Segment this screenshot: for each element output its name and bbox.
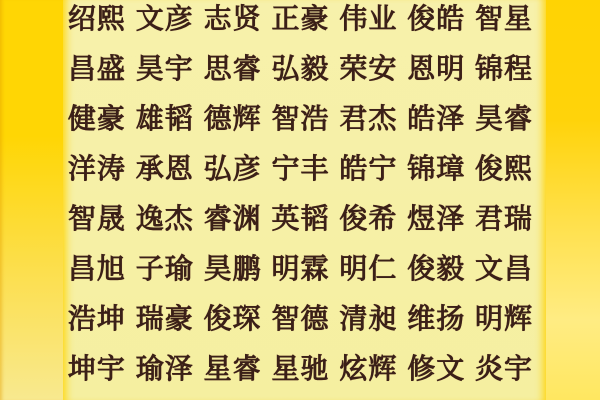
- right-gold-border: [546, 0, 600, 400]
- name-item: 智晟: [63, 192, 131, 242]
- name-item: 坤宇: [63, 342, 131, 392]
- name-item: 文彦: [131, 0, 199, 42]
- name-item: 修文: [402, 342, 470, 392]
- names-panel: 绍熙文彦志贤正豪伟业俊皓智星昌盛昊宇思睿弘毅荣安恩明锦程健豪雄韬德辉智浩君杰皓泽…: [63, 0, 546, 400]
- name-item: 昌盛: [63, 42, 131, 92]
- name-item: 正豪: [267, 0, 335, 42]
- name-item: 昌旭: [63, 242, 131, 292]
- name-item: 明霖: [267, 242, 335, 292]
- name-item: 绍熙: [63, 0, 131, 42]
- name-item: 荣安: [334, 42, 402, 92]
- name-item: 文昌: [470, 242, 538, 292]
- name-item: 俊熙: [470, 142, 538, 192]
- name-item: 承恩: [131, 142, 199, 192]
- name-item: 睿渊: [199, 192, 267, 242]
- name-item: 弘毅: [267, 42, 335, 92]
- name-item: 星睿: [199, 342, 267, 392]
- name-item: 昊鹏: [199, 242, 267, 292]
- name-item: 弘彦: [199, 142, 267, 192]
- name-item: 维扬: [402, 292, 470, 342]
- name-item: 昊宇: [131, 42, 199, 92]
- name-item: 俊毅: [402, 242, 470, 292]
- name-item: 煜泽: [402, 192, 470, 242]
- name-item: 志贤: [199, 0, 267, 42]
- name-item: 英韬: [267, 192, 335, 242]
- name-item: 浩坤: [63, 292, 131, 342]
- name-item: 清昶: [334, 292, 402, 342]
- name-item: 俊琛: [199, 292, 267, 342]
- name-item: 伟业: [334, 0, 402, 42]
- name-item: 俊皓: [402, 0, 470, 42]
- name-item: 明仁: [334, 242, 402, 292]
- name-item: 洋涛: [63, 142, 131, 192]
- name-item: 德辉: [199, 92, 267, 142]
- names-card: 绍熙文彦志贤正豪伟业俊皓智星昌盛昊宇思睿弘毅荣安恩明锦程健豪雄韬德辉智浩君杰皓泽…: [0, 0, 600, 400]
- name-item: 思睿: [199, 42, 267, 92]
- name-item: 瑞豪: [131, 292, 199, 342]
- left-gold-border: [0, 0, 63, 400]
- name-item: 皓泽: [402, 92, 470, 142]
- name-item: 君瑞: [470, 192, 538, 242]
- name-item: 智星: [470, 0, 538, 42]
- name-item: 智浩: [267, 92, 335, 142]
- name-item: 子瑜: [131, 242, 199, 292]
- names-grid: 绍熙文彦志贤正豪伟业俊皓智星昌盛昊宇思睿弘毅荣安恩明锦程健豪雄韬德辉智浩君杰皓泽…: [63, 0, 538, 392]
- name-item: 智德: [267, 292, 335, 342]
- name-item: 昊睿: [470, 92, 538, 142]
- name-item: 雄韬: [131, 92, 199, 142]
- name-item: 锦璋: [402, 142, 470, 192]
- name-item: 星驰: [267, 342, 335, 392]
- name-item: 炫辉: [334, 342, 402, 392]
- name-item: 俊希: [334, 192, 402, 242]
- name-item: 恩明: [402, 42, 470, 92]
- name-item: 皓宁: [334, 142, 402, 192]
- name-item: 锦程: [470, 42, 538, 92]
- name-item: 瑜泽: [131, 342, 199, 392]
- name-item: 逸杰: [131, 192, 199, 242]
- name-item: 明辉: [470, 292, 538, 342]
- name-item: 炎宇: [470, 342, 538, 392]
- name-item: 君杰: [334, 92, 402, 142]
- name-item: 宁丰: [267, 142, 335, 192]
- name-item: 健豪: [63, 92, 131, 142]
